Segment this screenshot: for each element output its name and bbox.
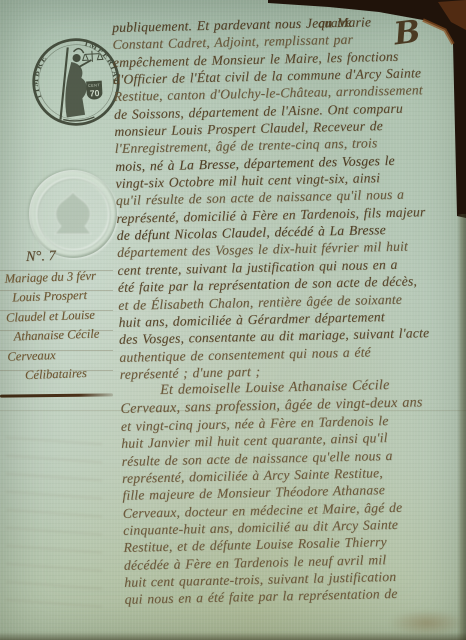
margin-annotation-line: Célibataires xyxy=(2,365,115,388)
draped-body xyxy=(63,61,88,117)
corner-stain xyxy=(388,610,466,636)
bottom-edge-shadow xyxy=(0,632,466,640)
manuscript-body: publiquement. Et pardevant nous Jean Mar… xyxy=(112,11,466,608)
margin-annotation-lines: Mariage du 3 févrLouis ProspertClaudel e… xyxy=(0,268,114,388)
interline-correction: quatre xyxy=(318,14,352,31)
eagle-relief-icon xyxy=(29,170,117,258)
ink-bleedthrough xyxy=(6,430,102,610)
embossed-eagle-seal xyxy=(29,170,117,258)
timbre-imperial-stamp: TIMBRE IMPERIAL CENT 70 xyxy=(28,34,125,131)
right-edge-shadow xyxy=(457,214,466,640)
paraph-initial: B xyxy=(392,14,422,53)
justice-figure-icon: CENT 70 xyxy=(57,46,106,122)
figure-arm xyxy=(79,60,92,67)
stamp-value: 70 xyxy=(89,88,99,99)
figure-head xyxy=(72,54,81,63)
document-photo: TIMBRE IMPERIAL CENT 70 xyxy=(0,0,466,640)
margin-annotation: N°. 7 Mariage du 3 févrLouis ProspertCla… xyxy=(0,246,114,388)
helmet-crest xyxy=(73,48,83,53)
